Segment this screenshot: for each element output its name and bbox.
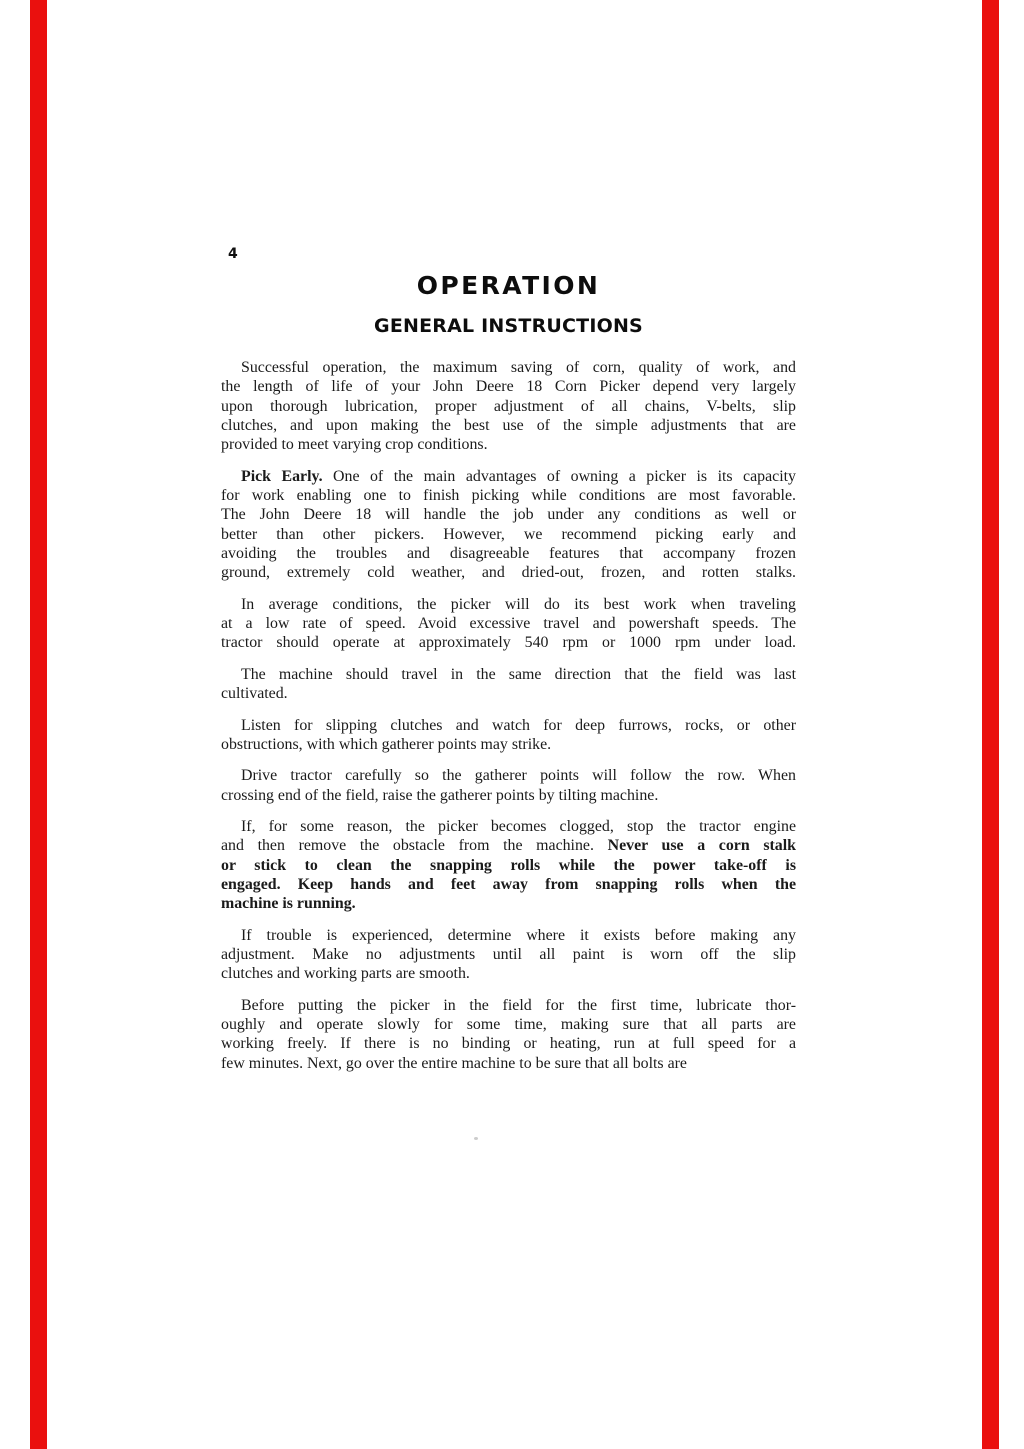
text-segment: Successful operation, the maximum saving…	[241, 359, 796, 376]
scan-speck	[474, 1137, 478, 1140]
text-segment: If, for some reason, the picker becomes …	[241, 818, 796, 835]
text-line: crossing end of the field, raise the gat…	[221, 786, 796, 805]
paragraph: Drive tractor carefully so the gatherer …	[221, 766, 796, 805]
text-line: The John Deere 18 will handle the job un…	[221, 505, 796, 524]
text-segment: avoiding the troubles and disagreeable f…	[221, 545, 796, 562]
text-line: oughly and operate slowly for some time,…	[221, 1015, 796, 1034]
text-line: adjustment. Make no adjustments until al…	[221, 945, 796, 964]
text-line: few minutes. Next, go over the entire ma…	[221, 1054, 796, 1073]
paragraph: Successful operation, the maximum saving…	[221, 358, 796, 455]
text-segment: few minutes. Next, go over the entire ma…	[221, 1055, 687, 1072]
text-segment: adjustment. Make no adjustments until al…	[221, 946, 796, 963]
text-segment: and then remove the obstacle from the ma…	[221, 837, 608, 854]
text-segment: oughly and operate slowly for some time,…	[221, 1016, 796, 1033]
text-segment: The machine should travel in the same di…	[241, 666, 796, 683]
text-line: or stick to clean the snapping rolls whi…	[221, 856, 796, 875]
text-line: machine is running.	[221, 894, 796, 913]
text-line: Pick Early. One of the main advantages o…	[221, 467, 796, 486]
text-segment: cultivated.	[221, 685, 288, 702]
bold-text-segment: Pick Early.	[241, 468, 323, 485]
paragraph: Before putting the picker in the field f…	[221, 996, 796, 1073]
text-line: Listen for slipping clutches and watch f…	[221, 716, 796, 735]
text-line: obstructions, with which gatherer points…	[221, 735, 796, 754]
text-line: Successful operation, the maximum saving…	[221, 358, 796, 377]
text-line: upon thorough lubrication, proper adjust…	[221, 397, 796, 416]
text-line: better than other pickers. However, we r…	[221, 525, 796, 544]
text-line: at a low rate of speed. Avoid excessive …	[221, 614, 796, 633]
text-segment: working freely. If there is no binding o…	[221, 1035, 796, 1052]
paragraph: If trouble is experienced, determine whe…	[221, 926, 796, 984]
paragraph: Listen for slipping clutches and watch f…	[221, 716, 796, 755]
text-line: ground, extremely cold weather, and drie…	[221, 563, 796, 582]
text-line: If, for some reason, the picker becomes …	[221, 817, 796, 836]
text-line: the length of life of your John Deere 18…	[221, 377, 796, 396]
text-line: If trouble is experienced, determine whe…	[221, 926, 796, 945]
text-segment: Drive tractor carefully so the gatherer …	[241, 767, 796, 784]
text-segment: In average conditions, the picker will d…	[241, 596, 796, 613]
paragraph: The machine should travel in the same di…	[221, 665, 796, 704]
text-segment: ground, extremely cold weather, and drie…	[221, 564, 796, 581]
text-segment: Listen for slipping clutches and watch f…	[241, 717, 796, 734]
text-line: and then remove the obstacle from the ma…	[221, 836, 796, 855]
page-title: OPERATION	[221, 273, 796, 299]
text-line: cultivated.	[221, 684, 796, 703]
bold-text-segment: engaged. Keep hands and feet away from s…	[221, 876, 796, 893]
text-line: clutches, and upon making the best use o…	[221, 416, 796, 435]
paragraph: If, for some reason, the picker becomes …	[221, 817, 796, 914]
page-content: 4 OPERATION GENERAL INSTRUCTIONS Success…	[221, 0, 796, 1449]
text-line: Drive tractor carefully so the gatherer …	[221, 766, 796, 785]
paragraph: Pick Early. One of the main advantages o…	[221, 467, 796, 583]
paragraph: In average conditions, the picker will d…	[221, 595, 796, 653]
text-segment: for work enabling one to finish picking …	[221, 487, 796, 504]
text-line: provided to meet varying crop conditions…	[221, 435, 796, 454]
text-segment: better than other pickers. However, we r…	[221, 526, 796, 543]
text-segment: Before putting the picker in the field f…	[241, 997, 796, 1014]
text-line: In average conditions, the picker will d…	[221, 595, 796, 614]
text-segment: provided to meet varying crop conditions…	[221, 436, 488, 453]
bold-text-segment: Never use a corn stalk	[608, 837, 796, 854]
body-paragraphs: Successful operation, the maximum saving…	[221, 358, 796, 1085]
text-segment: tractor should operate at approximately …	[221, 634, 796, 651]
text-segment: If trouble is experienced, determine whe…	[241, 927, 796, 944]
text-segment: obstructions, with which gatherer points…	[221, 736, 551, 753]
text-line: clutches and working parts are smooth.	[221, 964, 796, 983]
text-segment: the length of life of your John Deere 18…	[221, 378, 796, 395]
red-page-edge-left	[30, 0, 47, 1449]
manual-page-scan: 4 OPERATION GENERAL INSTRUCTIONS Success…	[0, 0, 1024, 1449]
text-line: Before putting the picker in the field f…	[221, 996, 796, 1015]
text-line: working freely. If there is no binding o…	[221, 1034, 796, 1053]
text-segment: clutches, and upon making the best use o…	[221, 417, 796, 434]
text-segment: at a low rate of speed. Avoid excessive …	[221, 615, 796, 632]
text-segment: crossing end of the field, raise the gat…	[221, 787, 658, 804]
text-segment: One of the main advantages of owning a p…	[323, 468, 796, 485]
red-page-edge-right	[982, 0, 999, 1449]
bold-text-segment: or stick to clean the snapping rolls whi…	[221, 857, 796, 874]
text-line: tractor should operate at approximately …	[221, 633, 796, 652]
text-segment: The John Deere 18 will handle the job un…	[221, 506, 796, 523]
text-line: for work enabling one to finish picking …	[221, 486, 796, 505]
page-subtitle: GENERAL INSTRUCTIONS	[221, 316, 796, 336]
text-line: The machine should travel in the same di…	[221, 665, 796, 684]
text-line: engaged. Keep hands and feet away from s…	[221, 875, 796, 894]
text-segment: upon thorough lubrication, proper adjust…	[221, 398, 796, 415]
bold-text-segment: machine is running.	[221, 895, 356, 912]
text-line: avoiding the troubles and disagreeable f…	[221, 544, 796, 563]
page-number: 4	[228, 247, 238, 261]
text-segment: clutches and working parts are smooth.	[221, 965, 470, 982]
